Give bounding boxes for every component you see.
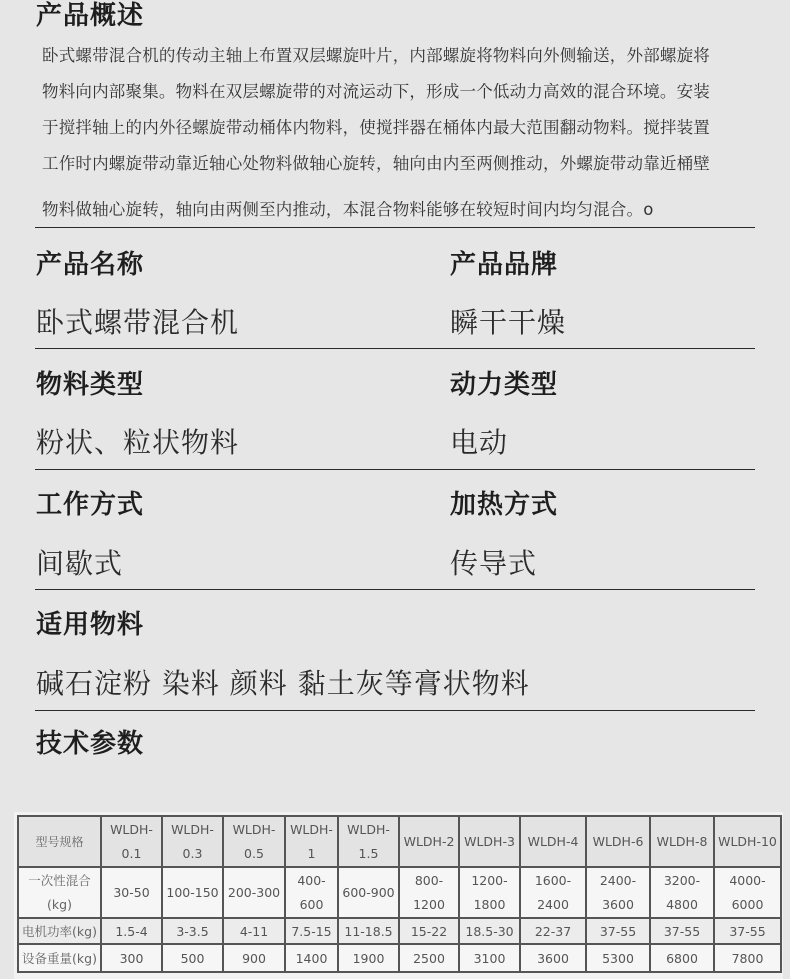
overview-line: 物料向内部聚集。物料在双层螺旋带的对流运动下，形成一个低动力高效的混合环境。安装 <box>42 81 710 103</box>
divider <box>35 227 755 228</box>
table-row: 电机功率(kg) 1.5-4 3-3.5 4-11 7.5-15 11-18.5… <box>18 918 781 944</box>
table-cell: 1.5-4 <box>101 918 162 944</box>
table-cell: 37-55 <box>586 918 650 944</box>
table-cell: 15-22 <box>399 918 459 944</box>
overview-line: 物料做轴心旋转，轴向由两侧至内推动，本混合物料能够在较短时间内均匀混合。o <box>42 199 654 221</box>
table-cell: 100-150 <box>162 867 223 918</box>
spec-table: 型号规格 WLDH-0.1 WLDH-0.3 WLDH-0.5 WLDH-1 W… <box>17 815 782 973</box>
model-cell: WLDH-0.5 <box>223 816 285 867</box>
table-cell: 3100 <box>459 944 520 972</box>
divider <box>35 710 755 711</box>
model-cell: WLDH-8 <box>650 816 714 867</box>
divider <box>35 589 755 590</box>
header-cell: 型号规格 <box>18 816 101 867</box>
product-brand-label: 产品品牌 <box>450 249 558 281</box>
table-cell: 1600-2400 <box>520 867 586 918</box>
row-label-cell: 电机功率(kg) <box>18 918 101 944</box>
overview-line: 于搅拌轴上的内外径螺旋带动桶体内物料，使搅拌器在桶体内最大范围翻动物料。搅拌装置 <box>42 117 710 139</box>
table-cell: 18.5-30 <box>459 918 520 944</box>
model-cell: WLDH-1 <box>285 816 338 867</box>
table-cell: 1900 <box>338 944 399 972</box>
model-cell: WLDH-4 <box>520 816 586 867</box>
tech-params-title: 技术参数 <box>36 728 144 760</box>
row-label-cell: 设备重量(kg) <box>18 944 101 972</box>
table-cell: 37-55 <box>650 918 714 944</box>
product-brand-value: 瞬干干燥 <box>450 305 566 341</box>
material-type-value: 粉状、粒状物料 <box>36 425 239 461</box>
heating-mode-value: 传导式 <box>450 546 537 582</box>
heating-mode-label: 加热方式 <box>450 489 558 521</box>
overview-title: 产品概述 <box>36 0 144 32</box>
model-cell: WLDH-3 <box>459 816 520 867</box>
table-cell: 1400 <box>285 944 338 972</box>
table-cell: 2500 <box>399 944 459 972</box>
table-cell: 4-11 <box>223 918 285 944</box>
table-cell: 300 <box>101 944 162 972</box>
overview-line: 卧式螺带混合机的传动主轴上布置双层螺旋叶片，内部螺旋将物料向外侧输送，外部螺旋将 <box>42 45 710 67</box>
table-cell: 30-50 <box>101 867 162 918</box>
row-label-cell: 一次性混合(kg) <box>18 867 101 918</box>
table-cell: 22-37 <box>520 918 586 944</box>
table-cell: 5300 <box>586 944 650 972</box>
table-cell: 400-600 <box>285 867 338 918</box>
divider <box>35 348 755 349</box>
product-name-value: 卧式螺带混合机 <box>36 305 239 341</box>
applicable-materials-label: 适用物料 <box>36 609 144 641</box>
model-cell: WLDH-0.1 <box>101 816 162 867</box>
table-cell: 7.5-15 <box>285 918 338 944</box>
table-cell: 2400-3600 <box>586 867 650 918</box>
table-row: 一次性混合(kg) 30-50 100-150 200-300 400-600 … <box>18 867 781 918</box>
work-mode-label: 工作方式 <box>36 489 144 521</box>
overview-line: 工作时内螺旋带动靠近轴心处物料做轴心旋转，轴向由内至两侧推动，外螺旋带动靠近桶壁 <box>42 153 710 175</box>
table-cell: 800-1200 <box>399 867 459 918</box>
table-cell: 3600 <box>520 944 586 972</box>
table-cell: 1200-1800 <box>459 867 520 918</box>
model-cell: WLDH-0.3 <box>162 816 223 867</box>
table-cell: 11-18.5 <box>338 918 399 944</box>
table-cell: 3-3.5 <box>162 918 223 944</box>
table-cell: 3200-4800 <box>650 867 714 918</box>
work-mode-value: 间歇式 <box>36 546 123 582</box>
model-cell: WLDH-2 <box>399 816 459 867</box>
table-cell: 4000-6000 <box>714 867 781 918</box>
product-name-label: 产品名称 <box>36 249 144 281</box>
applicable-materials-value: 碱石淀粉 染料 颜料 黏土灰等膏状物料 <box>36 666 530 702</box>
table-cell: 900 <box>223 944 285 972</box>
power-type-label: 动力类型 <box>450 369 558 401</box>
table-cell: 500 <box>162 944 223 972</box>
divider <box>35 469 755 470</box>
table-cell: 7800 <box>714 944 781 972</box>
table-cell: 37-55 <box>714 918 781 944</box>
product-detail-page: 产品概述 卧式螺带混合机的传动主轴上布置双层螺旋叶片，内部螺旋将物料向外侧输送，… <box>0 0 790 979</box>
table-row: 设备重量(kg) 300 500 900 1400 1900 2500 3100… <box>18 944 781 972</box>
table-cell: 200-300 <box>223 867 285 918</box>
material-type-label: 物料类型 <box>36 369 144 401</box>
model-cell: WLDH-1.5 <box>338 816 399 867</box>
model-cell: WLDH-10 <box>714 816 781 867</box>
power-type-value: 电动 <box>450 425 508 461</box>
table-cell: 6800 <box>650 944 714 972</box>
model-cell: WLDH-6 <box>586 816 650 867</box>
table-cell: 600-900 <box>338 867 399 918</box>
table-header-row: 型号规格 WLDH-0.1 WLDH-0.3 WLDH-0.5 WLDH-1 W… <box>18 816 781 867</box>
